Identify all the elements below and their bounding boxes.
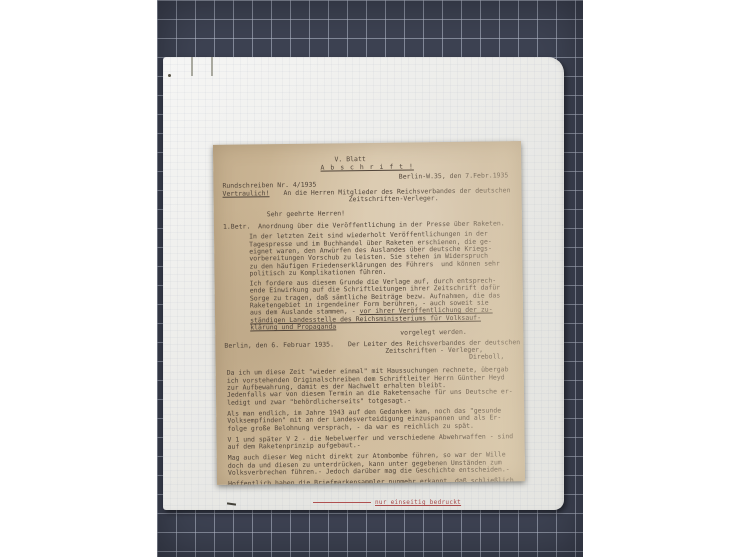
red-note-text: nur einseitig bedruckt: [375, 499, 461, 506]
signer-name: Direboll,: [348, 353, 520, 362]
body-paragraph-1: In der letzten Zeit sind wiederholt Verö…: [249, 231, 514, 278]
note-paragraph-4: Mag auch dieser Weg nicht direkt zur Ato…: [228, 452, 516, 477]
hinge-mark: [211, 57, 213, 76]
closing-words: vorgelegt werden.: [400, 328, 514, 337]
annotation-notes: Da ich um diese Zeit "wieder einmal" mit…: [227, 367, 517, 485]
photograph-on-cutting-mat: V. Blatt A b s c h r i f t ! Berlin-W.35…: [157, 0, 583, 557]
typed-line: Hoffentlich haben die Briefmarkensammler…: [228, 477, 516, 484]
pencil-mark: [227, 502, 236, 505]
typed-line: ledigt und zwar "behördlicherseits" totg…: [227, 396, 515, 407]
note-paragraph-5: Hoffentlich haben die Briefmarkensammler…: [228, 477, 516, 484]
addressee-line-2: Zeitschriften-Verleger.: [349, 195, 513, 204]
hinge-mark: [191, 57, 193, 76]
note-paragraph-3: V 1 und später V 2 - die Nebelwerfer und…: [227, 433, 515, 451]
paper-speck: [168, 74, 171, 77]
typed-line: folge große Belohnung versprach, - da wa…: [227, 422, 515, 433]
signature-block: Der Leiter des Reichsverbandes der deuts…: [348, 339, 520, 363]
red-rule: [313, 502, 371, 503]
date-signature-row: Berlin, den 6. Februar 1935. Der Leiter …: [224, 339, 514, 364]
paragraph-lines: Ich fordere aus diesem Grunde die Verlag…: [250, 277, 514, 309]
confidential-label: Vertraulich!: [222, 190, 269, 198]
typewritten-document: V. Blatt A b s c h r i f t ! Berlin-W.35…: [213, 141, 525, 485]
body-paragraph-2: Ich fordere aus diesem Grunde die Verlag…: [250, 277, 515, 339]
note-paragraph-2: Als man endlich, im Jahre 1943 auf den G…: [227, 407, 515, 432]
typed-line: Volksverbrechen führen.- Jedoch darüber …: [228, 466, 516, 477]
salutation: Sehr geehrte Herren!: [267, 208, 513, 218]
album-page: V. Blatt A b s c h r i f t ! Berlin-W.35…: [163, 57, 564, 510]
document-date: Berlin, den 6. Februar 1935.: [224, 341, 334, 364]
red-print-note: nur einseitig bedruckt: [313, 499, 461, 506]
note-paragraph-1: Da ich um diese Zeit "wieder einmal" mit…: [227, 367, 515, 407]
